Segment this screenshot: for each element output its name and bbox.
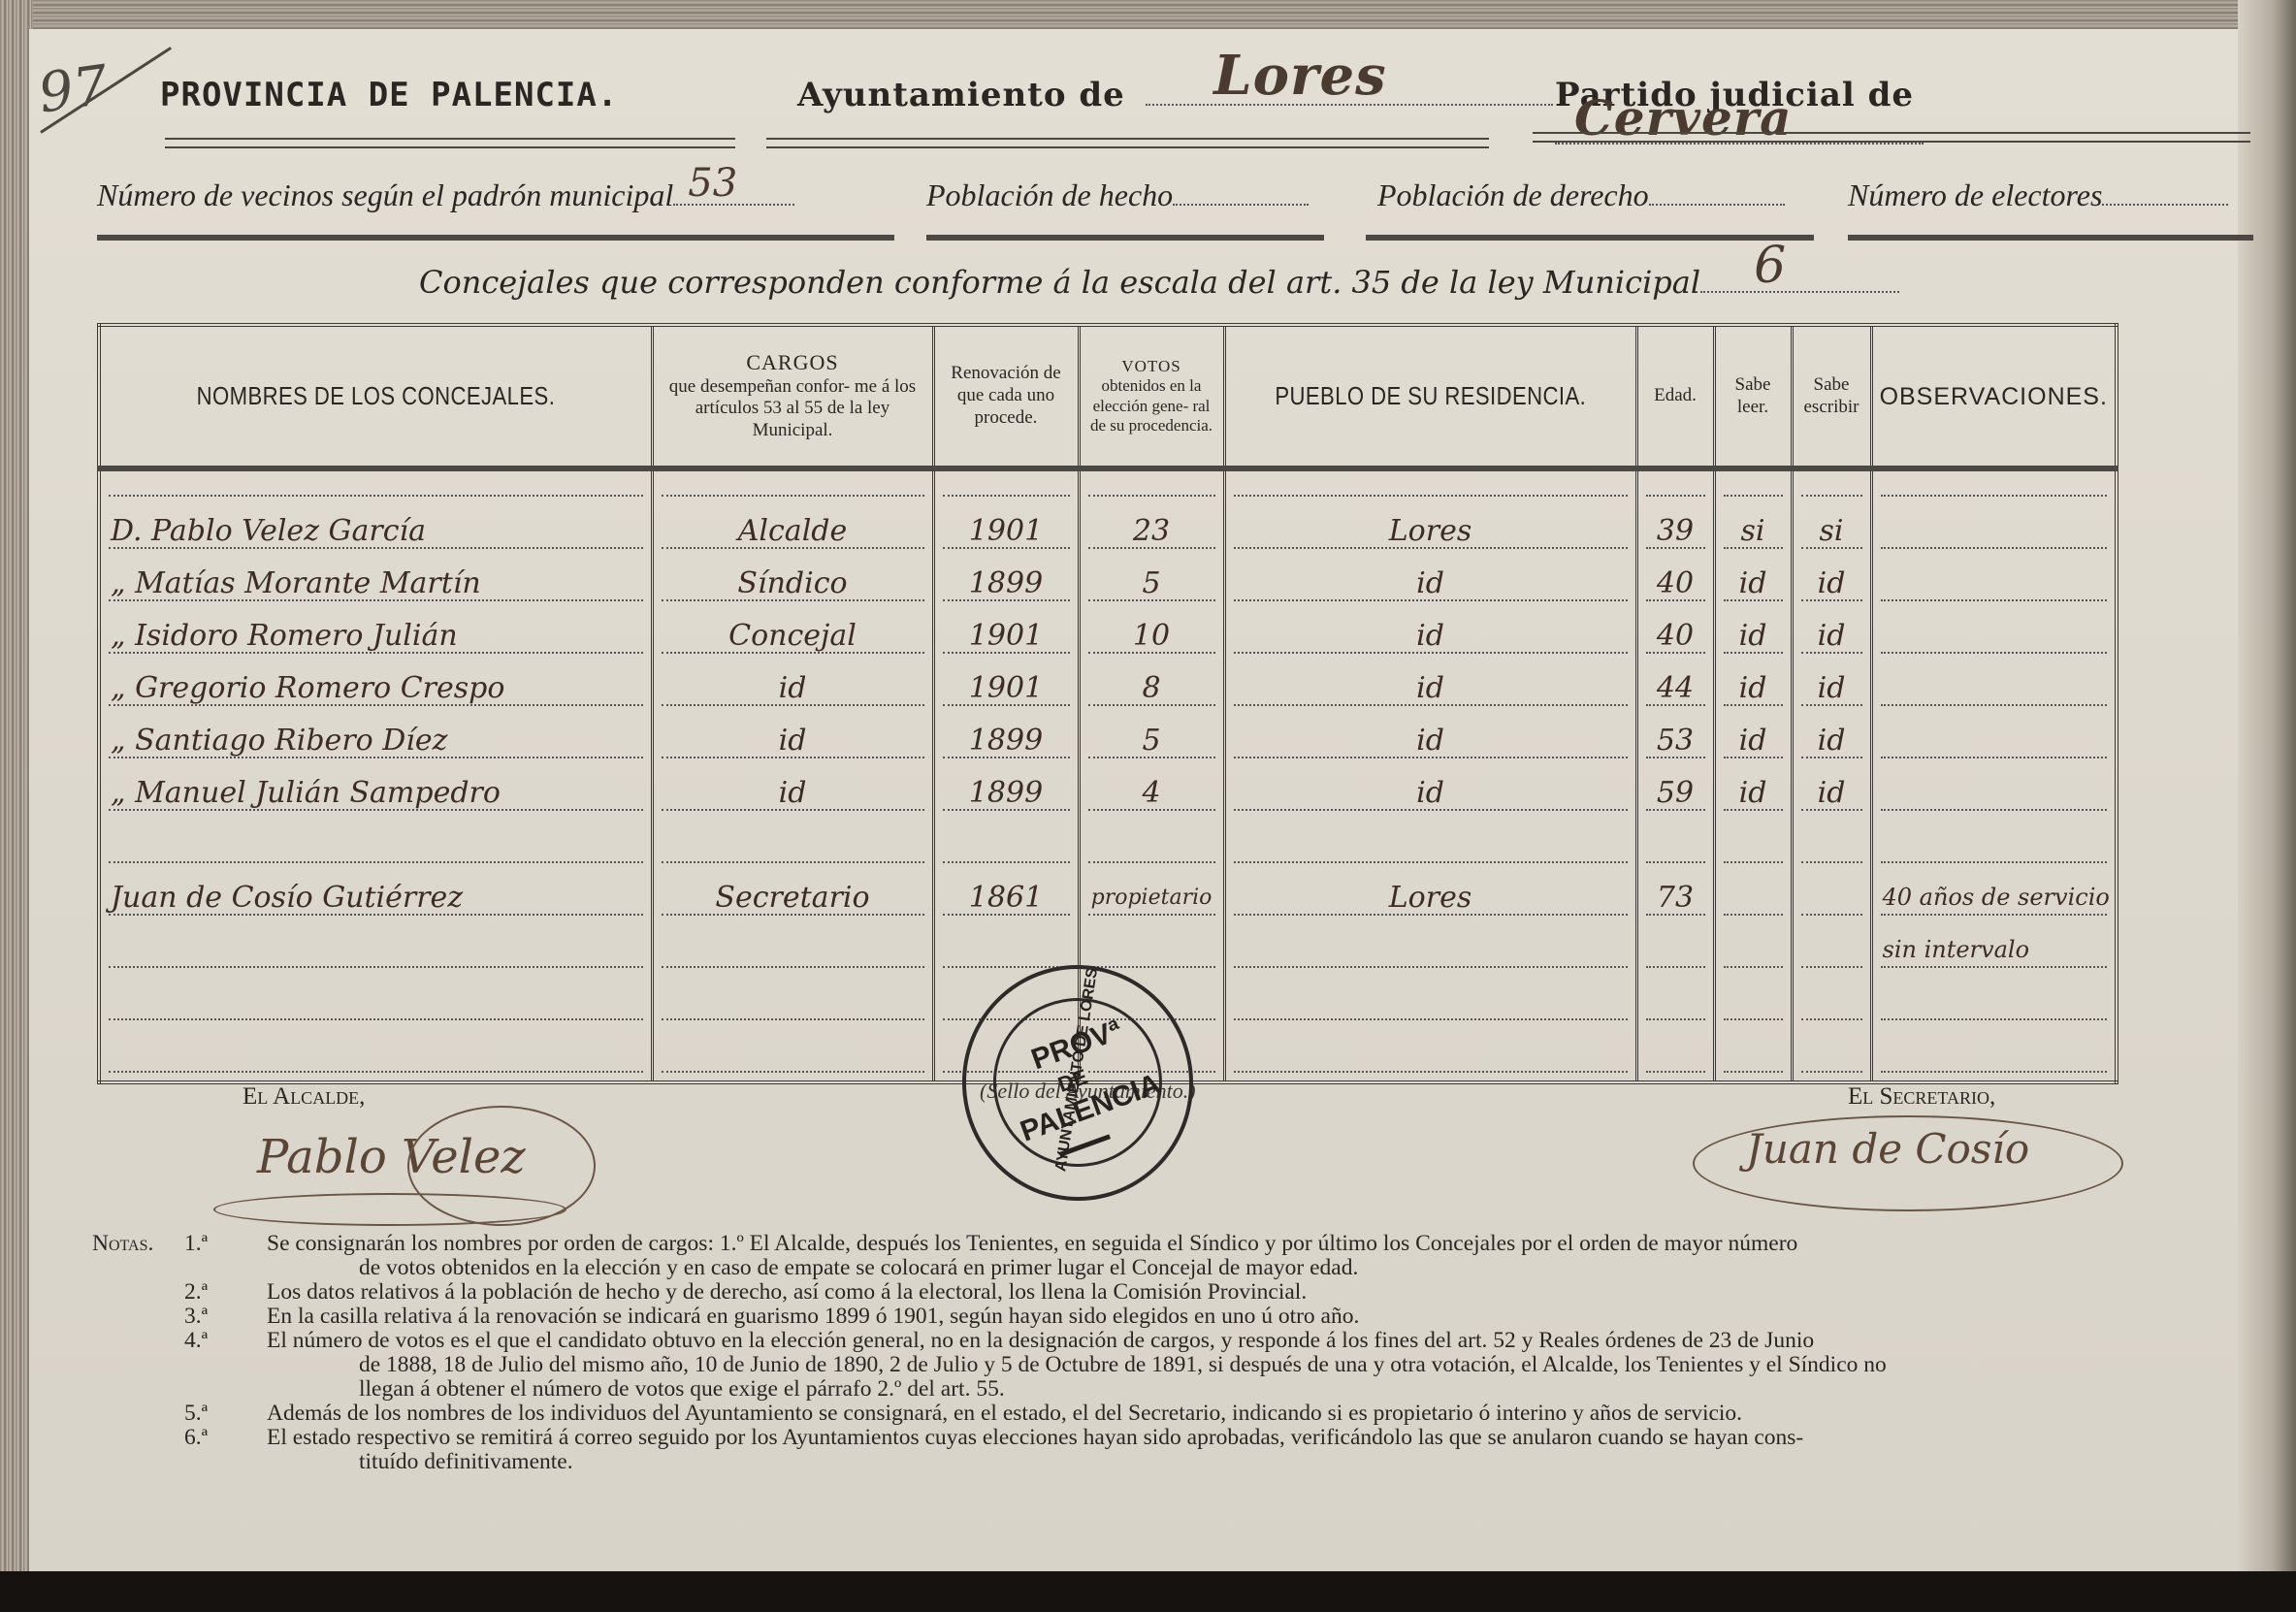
cell-edad: 73 [1636, 871, 1714, 923]
poblacion-derecho-field: Población de derecho [1377, 177, 1785, 213]
cell-observaciones: sin intervalo [1871, 923, 2117, 976]
cell-nombre [99, 819, 652, 871]
cell-nombre: „ Matías Morante Martín [99, 557, 652, 609]
cell-leer: id [1714, 766, 1792, 819]
cell-votos: 23 [1079, 504, 1224, 557]
cell-edad: 53 [1636, 714, 1714, 766]
cell-edad [1636, 1028, 1714, 1082]
cell-edad: 39 [1636, 504, 1714, 557]
cell-renovacion: 1899 [933, 766, 1079, 819]
note-item: 3.ª En la casilla relativa á la renovaci… [92, 1305, 2178, 1329]
cell-renovacion: 1901 [933, 661, 1079, 714]
cell-renovacion: 1861 [933, 871, 1079, 923]
rule [165, 138, 735, 148]
cell-nombre: „ Manuel Julián Sampedro [99, 766, 652, 819]
cell-cargo [652, 923, 933, 976]
col-header-sabe-escribir: Sabe escribir [1792, 325, 1871, 468]
cell-observaciones: 40 años de servicio [1871, 871, 2117, 923]
cell-nombre: „ Isidoro Romero Julián [99, 609, 652, 661]
cell-pueblo [1224, 923, 1636, 976]
book-spine-shadow [2238, 0, 2296, 1612]
cell-pueblo: id [1224, 557, 1636, 609]
cell-nombre: „ Gregorio Romero Crespo [99, 661, 652, 714]
vecinos-label: Número de vecinos según el padrón munici… [97, 177, 673, 212]
cell-leer [1714, 976, 1792, 1028]
cell-escribir: id [1792, 661, 1871, 714]
cell-edad [1636, 819, 1714, 871]
cell-observaciones [1871, 819, 2117, 871]
note-item: 2.ª Los datos relativos á la población d… [92, 1280, 2178, 1305]
poblacion-hecho-label: Población de hecho [926, 177, 1173, 212]
concejales-label: Concejales que corresponden conforme á l… [419, 264, 1700, 301]
cell-escribir: si [1792, 504, 1871, 557]
table-row: Juan de Cosío Gutiérrez Secretario 1861 … [99, 871, 2117, 923]
cell-pueblo: Lores [1224, 504, 1636, 557]
cell-observaciones [1871, 661, 2117, 714]
table-row: „ Santiago Ribero Díez id 1899 5 id 53 i… [99, 714, 2117, 766]
signature-flourish [1693, 1115, 2123, 1211]
cell-observaciones [1871, 766, 2117, 819]
table-row: „ Manuel Julián Sampedro id 1899 4 id 59… [99, 766, 2117, 819]
cell-escribir [1792, 819, 1871, 871]
ayuntamiento-label: Ayuntamiento de [797, 76, 1125, 114]
concejales-value: 6 [1754, 237, 1786, 295]
cell-leer [1714, 871, 1792, 923]
cell-renovacion: 1901 [933, 504, 1079, 557]
col-header-nombres: NOMBRES DE LOS CONCEJALES. [99, 325, 652, 468]
col-header-edad: Edad. [1636, 325, 1714, 468]
cell-escribir: id [1792, 557, 1871, 609]
ayuntamiento-value: Lores [1213, 44, 1386, 108]
rule [766, 138, 1489, 148]
cell-pueblo: id [1224, 766, 1636, 819]
table-row: „ Matías Morante Martín Síndico 1899 5 i… [99, 557, 2117, 609]
cell-leer [1714, 923, 1792, 976]
cell-pueblo: Lores [1224, 871, 1636, 923]
notes-section: Notas. 1.ª Se consignarán los nombres po… [92, 1232, 2178, 1474]
alcalde-label: El Alcalde, [243, 1083, 365, 1111]
electores-field: Número de electores [1848, 177, 2228, 213]
cell-escribir [1792, 976, 1871, 1028]
note-item: 6.ª El estado respectivo se remitirá á c… [92, 1426, 2178, 1450]
rule [1848, 235, 2253, 241]
vecinos-value: 53 [688, 161, 737, 206]
col-header-cargos: CARGOS que desempeñan confor- me á los a… [652, 325, 933, 468]
cell-escribir [1792, 871, 1871, 923]
notes-heading: Notas. [92, 1232, 184, 1256]
table-row: sin intervalo [99, 923, 2117, 976]
col-header-observaciones: OBSERVACIONES. [1871, 325, 2117, 468]
cell-votos [1079, 819, 1224, 871]
ayuntamiento-field: Ayuntamiento de Lores [797, 76, 1553, 114]
cell-renovacion: 1899 [933, 557, 1079, 609]
cell-votos: propietario [1079, 871, 1224, 923]
cell-leer [1714, 1028, 1792, 1082]
col-header-votos: VOTOS obtenidos en la elección gene- ral… [1079, 325, 1224, 468]
col-header-sabe-leer: Sabe leer. [1714, 325, 1792, 468]
cell-nombre: „ Santiago Ribero Díez [99, 714, 652, 766]
cell-pueblo [1224, 819, 1636, 871]
cell-cargo: id [652, 766, 933, 819]
cell-renovacion: 1901 [933, 609, 1079, 661]
cell-votos: 8 [1079, 661, 1224, 714]
table-header-row: NOMBRES DE LOS CONCEJALES. CARGOS que de… [99, 325, 2117, 468]
table-row: „ Gregorio Romero Crespo id 1901 8 id 44… [99, 661, 2117, 714]
cell-cargo: id [652, 714, 933, 766]
electores-label: Número de electores [1848, 177, 2102, 212]
cell-nombre: D. Pablo Velez García [99, 504, 652, 557]
cell-observaciones [1871, 557, 2117, 609]
concejales-field: Concejales que corresponden conforme á l… [419, 264, 1899, 301]
cell-votos: 4 [1079, 766, 1224, 819]
cell-leer: id [1714, 609, 1792, 661]
poblacion-derecho-label: Población de derecho [1377, 177, 1649, 212]
cell-escribir: id [1792, 609, 1871, 661]
cell-observaciones [1871, 609, 2117, 661]
cell-edad [1636, 976, 1714, 1028]
secretario-label: El Secretario, [1848, 1083, 1995, 1111]
signature-flourish [213, 1193, 566, 1226]
note-item: 5.ª Además de los nombres de los individ… [92, 1402, 2178, 1426]
cell-escribir: id [1792, 766, 1871, 819]
table-row: D. Pablo Velez García Alcalde 1901 23 Lo… [99, 504, 2117, 557]
cell-cargo: id [652, 661, 933, 714]
vecinos-field: Número de vecinos según el padrón munici… [97, 177, 794, 213]
cell-renovacion [933, 819, 1079, 871]
cell-observaciones [1871, 714, 2117, 766]
cell-leer: id [1714, 714, 1792, 766]
cell-cargo: Síndico [652, 557, 933, 609]
cell-cargo [652, 976, 933, 1028]
table-row: „ Isidoro Romero Julián Concejal 1901 10… [99, 609, 2117, 661]
note-item: Notas. 1.ª Se consignarán los nombres po… [92, 1232, 2178, 1256]
poblacion-hecho-field: Población de hecho [926, 177, 1309, 213]
cell-edad: 44 [1636, 661, 1714, 714]
cell-renovacion: 1899 [933, 714, 1079, 766]
province-title: PROVINCIA DE PALENCIA. [160, 76, 618, 114]
cell-edad: 59 [1636, 766, 1714, 819]
book-page-edges-top [0, 0, 2296, 33]
cell-leer [1714, 819, 1792, 871]
cell-votos: 5 [1079, 557, 1224, 609]
table-row-spacer [99, 468, 2117, 504]
rule [97, 235, 894, 241]
cell-nombre [99, 976, 652, 1028]
cell-pueblo [1224, 1028, 1636, 1082]
cell-edad: 40 [1636, 609, 1714, 661]
rule [1533, 132, 2250, 143]
cell-nombre [99, 1028, 652, 1082]
cell-pueblo: id [1224, 609, 1636, 661]
folio-number: 97 [35, 53, 113, 125]
cell-nombre [99, 923, 652, 976]
col-header-pueblo: PUEBLO DE SU RESIDENCIA. [1224, 325, 1636, 468]
cell-observaciones [1871, 976, 2117, 1028]
cell-edad [1636, 923, 1714, 976]
cell-votos: 5 [1079, 714, 1224, 766]
cell-nombre: Juan de Cosío Gutiérrez [99, 871, 652, 923]
cell-leer: id [1714, 557, 1792, 609]
cell-cargo: Alcalde [652, 504, 933, 557]
cell-votos: 10 [1079, 609, 1224, 661]
cell-escribir [1792, 1028, 1871, 1082]
cell-cargo [652, 819, 933, 871]
scan-bottom-shadow [0, 1571, 2296, 1612]
cell-leer: si [1714, 504, 1792, 557]
cell-cargo [652, 1028, 933, 1082]
cell-pueblo [1224, 976, 1636, 1028]
rule [926, 235, 1324, 241]
cell-observaciones [1871, 504, 2117, 557]
cell-edad: 40 [1636, 557, 1714, 609]
cell-escribir: id [1792, 714, 1871, 766]
cell-pueblo: id [1224, 714, 1636, 766]
cell-pueblo: id [1224, 661, 1636, 714]
cell-escribir [1792, 923, 1871, 976]
cell-cargo: Secretario [652, 871, 933, 923]
cell-leer: id [1714, 661, 1792, 714]
book-page-edges-left [0, 0, 33, 1591]
cell-cargo: Concejal [652, 609, 933, 661]
cell-observaciones [1871, 1028, 2117, 1082]
note-item: 4.ª El número de votos es el que el cand… [92, 1329, 2178, 1353]
table-row [99, 819, 2117, 871]
col-header-renovacion: Renovación de que cada uno procede. [933, 325, 1079, 468]
rule [1366, 235, 1814, 241]
